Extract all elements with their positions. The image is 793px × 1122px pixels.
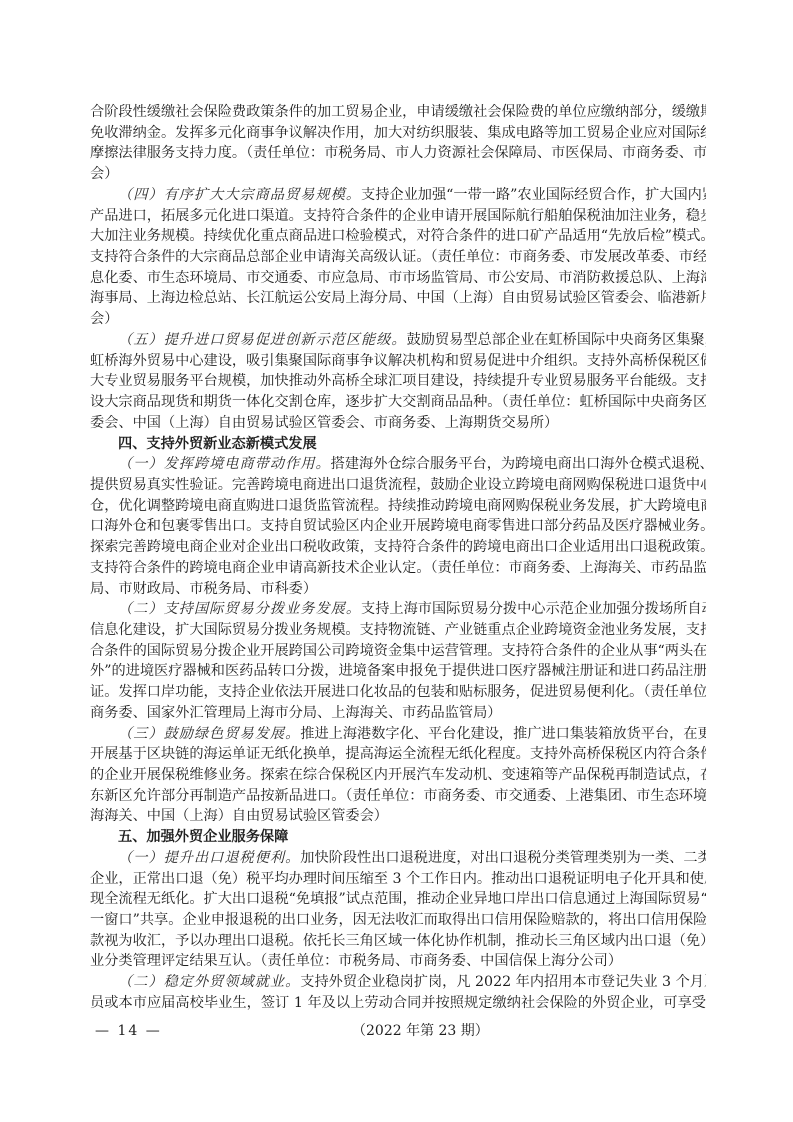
paragraph-line: 员或本市应届高校毕业生，签订 1 年及以上劳动合同并按照规定缴纳社会保险的外贸企…: [90, 993, 706, 1014]
paragraph-line: 摩擦法律服务支持力度。（责任单位：市税务局、市人力资源社会保障局、市医保局、市商…: [90, 143, 706, 164]
paragraph-first-line: （三）鼓励绿色贸易发展。推进上海港数字化、平台化建设，推广进口集装箱放货平台，在…: [90, 724, 706, 745]
paragraph-line: 仓，优化调整跨境电商直购进口退货监管流程。持续推动跨境电商网购保税业务发展，扩大…: [90, 496, 706, 517]
page-number: — 14 —: [95, 1020, 162, 1042]
subsection-title: （四）有序扩大大宗商品贸易规模。: [118, 187, 361, 203]
paragraph-line: 息化委、市生态环境局、市交通委、市应急局、市市场监管局、市公安局、市消防救援总队…: [90, 268, 706, 289]
page-footer: — 14 — （2022 年第 23 期）: [90, 1020, 706, 1042]
paragraph-line: 大专业贸易服务平台规模，加快推动外高桥全球汇项目建设，持续提升专业贸易服务平台能…: [90, 371, 706, 392]
subsection-title: （三）鼓励绿色贸易发展。: [118, 726, 300, 742]
paragraph-line: 合阶段性缓缴社会保险费政策条件的加工贸易企业，申请缓缴社会保险费的单位应缴纳部分…: [90, 102, 706, 123]
paragraph-line: 支持符合条件的跨境电商企业申请高新技术企业认定。（责任单位：市商务委、上海海关、…: [90, 558, 706, 579]
paragraph-line: 的企业开展保税维修业务。探索在综合保税区内开展汽车发动机、变速箱等产品保税再制造…: [90, 765, 706, 786]
section-heading-text: 四、支持外贸新业态新模式发展: [90, 434, 706, 455]
paragraph-text: 推进上海港数字化、平台化建设，推广进口集装箱放货平台，在更大范围: [300, 726, 706, 742]
paragraph-line: 口海外仓和包裹零售出口。支持自贸试验区内企业开展跨境电商零售进口部分药品及医疗器…: [90, 516, 706, 537]
paragraph-line: 信息化建设，扩大国际贸易分拨业务规模。支持物流链、产业链重点企业跨境资金池业务发…: [90, 620, 706, 641]
paragraph-line: 会）: [90, 309, 706, 330]
paragraph-first-line: （二）稳定外贸领域就业。支持外贸企业稳岗扩岗，凡 2022 年内招用本市登记失业…: [90, 972, 706, 993]
paragraph: （三）鼓励绿色贸易发展。推进上海港数字化、平台化建设，推广进口集装箱放货平台，在…: [90, 724, 706, 828]
paragraph-first-line: （五）提升进口贸易促进创新示范区能级。鼓励贸易型总部企业在虹桥国际中央商务区集聚…: [90, 330, 706, 351]
section-heading: 五、加强外贸企业服务保障: [90, 827, 706, 848]
paragraph: 合阶段性缓缴社会保险费政策条件的加工贸易企业，申请缓缴社会保险费的单位应缴纳部分…: [90, 102, 706, 185]
paragraph-text: 搭建海外仓综合服务平台，为跨境电商出口海外仓模式退税、收结汇: [331, 456, 706, 472]
paragraph-line: 免收滞纳金。发挥多元化商事争议解决作用，加大对纺织服装、集成电路等加工贸易企业应…: [90, 123, 706, 144]
paragraph-line: 业分类管理评定结果互认。（责任单位：市税务局、市商务委、中国信保上海分公司）: [90, 951, 706, 972]
paragraph-line: 支持符合条件的大宗商品总部企业申请海关高级认证。（责任单位：市商务委、市发展改革…: [90, 247, 706, 268]
subsection-title: （一）提升出口退税便利。: [118, 850, 300, 866]
paragraph-text: 支持企业加强“一带一路”农业国际经贸合作，扩大国内紧缺农: [361, 187, 706, 203]
paragraph-text: 加快阶段性出口退税进度，对出口退税分类管理类别为一类、二类的出口: [300, 850, 706, 866]
paragraph-first-line: （二）支持国际贸易分拨业务发展。支持上海市国际贸易分拨中心示范企业加强分拨场所自…: [90, 599, 706, 620]
paragraph-line: 东新区允许部分再制造产品按新品进口。（责任单位：市商务委、市交通委、上港集团、市…: [90, 786, 706, 807]
paragraph-line: 产品进口，拓展多元化进口渠道。支持符合条件的企业申请开展国际航行船舶保税油加注业…: [90, 206, 706, 227]
paragraph: （一）发挥跨境电商带动作用。搭建海外仓综合服务平台，为跨境电商出口海外仓模式退税…: [90, 454, 706, 599]
document-page: 合阶段性缓缴社会保险费政策条件的加工贸易企业，申请缓缴社会保险费的单位应缴纳部分…: [90, 102, 706, 1014]
paragraph-line: 海海关、中国（上海）自由贸易试验区管委会）: [90, 806, 706, 827]
paragraph-line: 海事局、上海边检总站、长江航运公安局上海分局、中国（上海）自由贸易试验区管委会、…: [90, 288, 706, 309]
paragraph: （二）支持国际贸易分拨业务发展。支持上海市国际贸易分拨中心示范企业加强分拨场所自…: [90, 599, 706, 723]
paragraph: （四）有序扩大大宗商品贸易规模。支持企业加强“一带一路”农业国际经贸合作，扩大国…: [90, 185, 706, 330]
paragraph-line: 开展基于区块链的海运单证无纸化换单，提高海运全流程无纸化程度。支持外高桥保税区内…: [90, 744, 706, 765]
paragraph-line: 探索完善跨境电商企业对企业出口税收政策，支持符合条件的跨境电商出口企业适用出口退…: [90, 537, 706, 558]
paragraph-line: 委会、中国（上海）自由贸易试验区管委会、市商务委、上海期货交易所）: [90, 413, 706, 434]
paragraph-line: 局、市财政局、市税务局、市科委）: [90, 579, 706, 600]
paragraph: （一）提升出口退税便利。加快阶段性出口退税进度，对出口退税分类管理类别为一类、二…: [90, 848, 706, 972]
paragraph-line: 会）: [90, 164, 706, 185]
paragraph-line: 商务委、国家外汇管理局上海市分局、上海海关、市药品监管局）: [90, 703, 706, 724]
paragraph-line: 证。发挥口岸功能，支持企业依法开展进口化妆品的包装和贴标服务，促进贸易便利化。（…: [90, 682, 706, 703]
paragraph-first-line: （一）发挥跨境电商带动作用。搭建海外仓综合服务平台，为跨境电商出口海外仓模式退税…: [90, 454, 706, 475]
section-heading-text: 五、加强外贸企业服务保障: [90, 827, 706, 848]
paragraph-line: 一窗口”共享。企业申报退税的出口业务，因无法收汇而取得出口信用保险赔款的，将出口…: [90, 910, 706, 931]
paragraph-text: 鼓励贸易型总部企业在虹桥国际中央商务区集聚，支持: [407, 332, 706, 348]
paragraph-line: 提供贸易真实性验证。完善跨境电商进出口退货流程，鼓励企业设立跨境电商网购保税进口…: [90, 475, 706, 496]
paragraph-line: 虹桥海外贸易中心建设，吸引集聚国际商事争议解决机构和贸易促进中介组织。支持外高桥…: [90, 351, 706, 372]
paragraph-line: 外”的进境医疗器械和医药品转口分拨，进境备案申报免于提供进口医疗器械注册证和进口…: [90, 661, 706, 682]
subsection-title: （二）支持国际贸易分拨业务发展。: [118, 601, 361, 617]
paragraph-line: 款视为收汇，予以办理出口退税。依托长三角区域一体化协作机制，推动长三角区域内出口…: [90, 931, 706, 952]
paragraph-line: 企业，正常出口退（免）税平均办理时间压缩至 3 个工作日内。推动出口退税证明电子…: [90, 869, 706, 890]
paragraph-first-line: （一）提升出口退税便利。加快阶段性出口退税进度，对出口退税分类管理类别为一类、二…: [90, 848, 706, 869]
paragraph-line: 大加注业务规模。持续优化重点商品进口检验模式，对符合条件的进口矿产品适用“先放后…: [90, 226, 706, 247]
paragraph: （二）稳定外贸领域就业。支持外贸企业稳岗扩岗，凡 2022 年内招用本市登记失业…: [90, 972, 706, 1013]
subsection-title: （五）提升进口贸易促进创新示范区能级。: [118, 332, 407, 348]
paragraph: （五）提升进口贸易促进创新示范区能级。鼓励贸易型总部企业在虹桥国际中央商务区集聚…: [90, 330, 706, 434]
section-heading: 四、支持外贸新业态新模式发展: [90, 434, 706, 455]
subsection-title: （一）发挥跨境电商带动作用。: [118, 456, 331, 472]
paragraph-line: 设大宗商品现货和期货一体化交割仓库，逐步扩大交割商品品种。（责任单位：虹桥国际中…: [90, 392, 706, 413]
paragraph-text: 支持外贸企业稳岗扩岗，凡 2022 年内招用本市登记失业 3 个月及以上人: [300, 974, 706, 990]
paragraph-text: 支持上海市国际贸易分拨中心示范企业加强分拨场所自动化、: [361, 601, 706, 617]
paragraph-first-line: （四）有序扩大大宗商品贸易规模。支持企业加强“一带一路”农业国际经贸合作，扩大国…: [90, 185, 706, 206]
paragraph-line: 现全流程无纸化。扩大出口退税“免填报”试点范围，推动企业异地口岸出口信息通过上海…: [90, 889, 706, 910]
paragraph-line: 合条件的国际贸易分拨企业开展跨国公司跨境资金集中运营管理。支持符合条件的企业从事…: [90, 641, 706, 662]
issue-number: （2022 年第 23 期）: [352, 1020, 489, 1042]
subsection-title: （二）稳定外贸领域就业。: [118, 974, 300, 990]
